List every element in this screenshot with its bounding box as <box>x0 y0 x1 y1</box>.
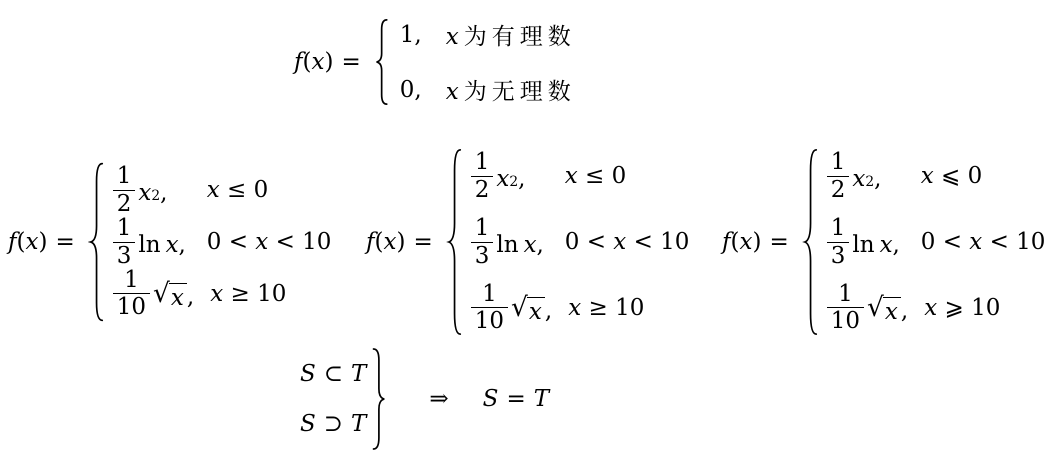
exponent: 2 <box>865 174 874 190</box>
math-document-canvas: f(x)= 1, x为有理数 0, x为无理数 f(x)= 12 x2, x ≤… <box>0 0 1053 459</box>
dirichlet-cases: 1, x为有理数 0, x为无理数 <box>400 18 576 106</box>
comma: , <box>518 166 525 192</box>
fraction: 110 <box>113 267 150 321</box>
condition-relation: < 10 <box>982 229 1045 255</box>
f-symbol: f <box>294 49 303 75</box>
case-row: 110 √x, x ≥ 10 <box>113 267 332 321</box>
numerator: 1 <box>471 215 494 242</box>
condition-relation: < 10 <box>626 229 689 255</box>
fraction: 13 <box>113 215 136 269</box>
numerator: 1 <box>471 281 508 308</box>
condition-relation: ≥ 10 <box>581 295 644 321</box>
x-symbol: x <box>384 229 397 255</box>
x-symbol: x <box>740 229 753 255</box>
x-symbol: x <box>568 295 581 321</box>
x-symbol: x <box>924 295 937 321</box>
fraction: 12 <box>827 149 850 203</box>
case-condition: x ≤ 0 <box>207 177 269 203</box>
close-paren: ) <box>396 229 405 255</box>
ln-function: ln <box>496 232 518 258</box>
dirichlet-formula: f(x)= 1, x为有理数 0, x为无理数 <box>294 18 576 106</box>
expression-tail: lnx, <box>496 232 543 258</box>
case-row: 12 x2, x ≤ 0 <box>113 163 332 217</box>
piecewise-formula-spaced: f(x)= 12 x2, x ≤ 0 13 lnx, 0 < x < 10 11… <box>366 148 689 336</box>
cases-rows: 12 x2, x ≤ 0 13 lnx, 0 < x < 10 110 √x, … <box>113 163 332 321</box>
function-lhs: f(x)= <box>8 229 83 255</box>
piecewise-formula-cramped: f(x)= 12 x2, x ≤ 0 13 lnx, 0 < x < 10 11… <box>8 162 331 322</box>
left-brace-icon <box>88 162 107 322</box>
condition-relation: < 10 <box>268 229 331 255</box>
expression-tail: x2, <box>138 180 167 206</box>
condition-relation: ≤ 0 <box>220 177 269 203</box>
numerator: 1 <box>827 215 850 242</box>
x-symbol: x <box>210 281 223 307</box>
case-expression: 110 √x, <box>471 281 552 335</box>
comma: , <box>179 232 186 258</box>
case-expression: 13 lnx, <box>827 215 905 269</box>
case-condition: x ≤ 0 <box>565 163 627 189</box>
expression-tail: √x, <box>153 283 194 311</box>
case-expression: 12 x2, <box>827 149 905 203</box>
denominator: 3 <box>827 243 850 269</box>
close-paren: ) <box>752 229 761 255</box>
expression-tail: x2, <box>496 166 525 192</box>
x-symbol: x <box>166 232 179 258</box>
set-T-symbol: T <box>534 386 549 412</box>
denominator: 2 <box>827 177 850 203</box>
comma: , <box>187 284 194 310</box>
denominator: 3 <box>113 243 136 269</box>
exponent: 2 <box>509 174 518 190</box>
left-brace-icon <box>802 148 821 336</box>
subset-symbol: ⊂ <box>324 361 343 387</box>
set-relations: S⊂T S⊃T <box>300 361 366 437</box>
square-root: √x <box>511 297 545 325</box>
ln-function: ln <box>852 232 874 258</box>
case-expression: 110 √x, <box>827 281 908 335</box>
piecewise-formula-slanted: f(x)= 12 x2, x ⩽ 0 13 lnx, 0 < x < 10 11… <box>722 148 1045 336</box>
right-brace-icon <box>369 348 387 450</box>
x-symbol: x <box>852 166 865 192</box>
set-equality-conclusion: S=T <box>483 386 549 412</box>
comma: , <box>537 232 544 258</box>
open-paren: ( <box>731 229 740 255</box>
comma: , <box>901 298 908 324</box>
fraction: 13 <box>471 215 494 269</box>
x-symbol: x <box>446 79 459 105</box>
fraction: 13 <box>827 215 850 269</box>
set-S-symbol: S <box>300 361 316 387</box>
condition-lower: 0 < <box>207 229 256 255</box>
radical-icon: √ <box>867 295 884 321</box>
cases-rows: 12 x2, x ⩽ 0 13 lnx, 0 < x < 10 110 √x, … <box>827 149 1046 335</box>
set-T-symbol: T <box>351 361 366 387</box>
numerator: 1 <box>827 149 850 176</box>
denominator: 3 <box>471 243 494 269</box>
x-symbol: x <box>496 166 509 192</box>
case-row: 13 lnx, 0 < x < 10 <box>827 215 1046 269</box>
case-row: 13 lnx, 0 < x < 10 <box>471 215 690 269</box>
case-row: 13 lnx, 0 < x < 10 <box>113 215 332 269</box>
numerator: 1 <box>113 215 136 242</box>
open-paren: ( <box>17 229 26 255</box>
equals-sign: = <box>506 386 525 412</box>
condition-lower: 0 < <box>565 229 614 255</box>
square-root: √x <box>153 283 187 311</box>
case-expression: 13 lnx, <box>113 215 191 269</box>
case-expression: 13 lnx, <box>471 215 549 269</box>
numerator: 1 <box>827 281 864 308</box>
radical-icon: √ <box>153 281 170 307</box>
numerator: 1 <box>471 149 494 176</box>
x-symbol: x <box>565 163 578 189</box>
function-lhs: f(x)= <box>366 229 441 255</box>
close-paren: ) <box>324 49 333 75</box>
comma: , <box>545 298 552 324</box>
condition-relation: ⩽ 0 <box>934 163 983 189</box>
fraction: 110 <box>827 281 864 335</box>
case-row: 110 √x, x ≥ 10 <box>471 281 690 335</box>
equals-sign: = <box>769 229 788 255</box>
case-expression: 12 x2, <box>113 163 191 217</box>
x-symbol: x <box>138 180 151 206</box>
case-value: 0, <box>400 77 422 103</box>
radicand: x <box>883 297 901 325</box>
denominator: 2 <box>113 191 136 217</box>
set-relation-superset: S⊃T <box>300 411 366 437</box>
condition-lower: 0 < <box>921 229 970 255</box>
case-condition: 0 < x < 10 <box>921 229 1046 255</box>
case-expression: 110 √x, <box>113 267 194 321</box>
close-paren: ) <box>38 229 47 255</box>
set-equality-formula: S⊂T S⊃T ⇒ S=T <box>300 348 549 450</box>
x-symbol: x <box>921 163 934 189</box>
comma: , <box>893 232 900 258</box>
fraction: 110 <box>471 281 508 335</box>
expression-tail: lnx, <box>852 232 899 258</box>
expression-tail: √x, <box>867 297 908 325</box>
case-row: 12 x2, x ≤ 0 <box>471 149 690 203</box>
case-condition: x ≥ 10 <box>210 281 286 307</box>
function-lhs: f(x)= <box>294 49 369 75</box>
x-symbol: x <box>613 229 626 255</box>
expression-tail: x2, <box>852 166 881 192</box>
case-row: 110 √x, x ⩾ 10 <box>827 281 1046 335</box>
x-symbol: x <box>524 232 537 258</box>
open-paren: ( <box>375 229 384 255</box>
cases-rows: 12 x2, x ≤ 0 13 lnx, 0 < x < 10 110 √x, … <box>471 149 690 335</box>
case-condition: x ⩽ 0 <box>921 163 983 189</box>
implies-arrow: ⇒ <box>429 386 448 412</box>
case-row: 12 x2, x ⩽ 0 <box>827 149 1046 203</box>
x-symbol: x <box>255 229 268 255</box>
x-symbol: x <box>26 229 39 255</box>
numerator: 1 <box>113 267 150 294</box>
case-expression: 12 x2, <box>471 149 549 203</box>
case-condition: x ⩾ 10 <box>924 295 1000 321</box>
condition-relation: ≥ 10 <box>223 281 286 307</box>
set-S-symbol: S <box>483 386 499 412</box>
comma: , <box>160 180 167 206</box>
case-value: 1, <box>400 22 422 48</box>
square-root: √x <box>867 297 901 325</box>
equals-sign: = <box>341 49 360 75</box>
left-brace-icon <box>446 148 465 336</box>
condition-relation: ⩾ 10 <box>937 295 1000 321</box>
ln-function: ln <box>138 232 160 258</box>
f-symbol: f <box>8 229 17 255</box>
fraction: 12 <box>471 149 494 203</box>
equals-sign: = <box>413 229 432 255</box>
x-symbol: x <box>969 229 982 255</box>
exponent: 2 <box>151 188 160 204</box>
case-condition: x为无理数 <box>446 73 576 106</box>
f-symbol: f <box>722 229 731 255</box>
case-condition: x为有理数 <box>446 18 576 51</box>
expression-tail: √x, <box>511 297 552 325</box>
function-lhs: f(x)= <box>722 229 797 255</box>
numerator: 1 <box>113 163 136 190</box>
left-brace-icon <box>374 19 391 105</box>
fraction: 12 <box>113 163 136 217</box>
radicand: x <box>169 283 187 311</box>
expression-tail: lnx, <box>138 232 185 258</box>
set-S-symbol: S <box>300 411 316 437</box>
x-symbol: x <box>880 232 893 258</box>
x-symbol: x <box>312 49 325 75</box>
f-symbol: f <box>366 229 375 255</box>
equals-sign: = <box>55 229 74 255</box>
set-relation-subset: S⊂T <box>300 361 366 387</box>
condition-relation: ≤ 0 <box>578 163 627 189</box>
x-symbol: x <box>207 177 220 203</box>
denominator: 10 <box>827 308 864 334</box>
case-condition: 0 < x < 10 <box>207 229 332 255</box>
set-T-symbol: T <box>351 411 366 437</box>
condition-text: 为无理数 <box>464 79 576 105</box>
radicand: x <box>527 297 545 325</box>
denominator: 10 <box>471 308 508 334</box>
case-condition: x ≥ 10 <box>568 295 644 321</box>
open-paren: ( <box>303 49 312 75</box>
comma: , <box>874 166 881 192</box>
case-condition: 0 < x < 10 <box>565 229 690 255</box>
x-symbol: x <box>446 24 459 50</box>
denominator: 10 <box>113 294 150 320</box>
superset-symbol: ⊃ <box>324 411 343 437</box>
condition-text: 为有理数 <box>464 24 576 50</box>
denominator: 2 <box>471 177 494 203</box>
radical-icon: √ <box>511 295 528 321</box>
